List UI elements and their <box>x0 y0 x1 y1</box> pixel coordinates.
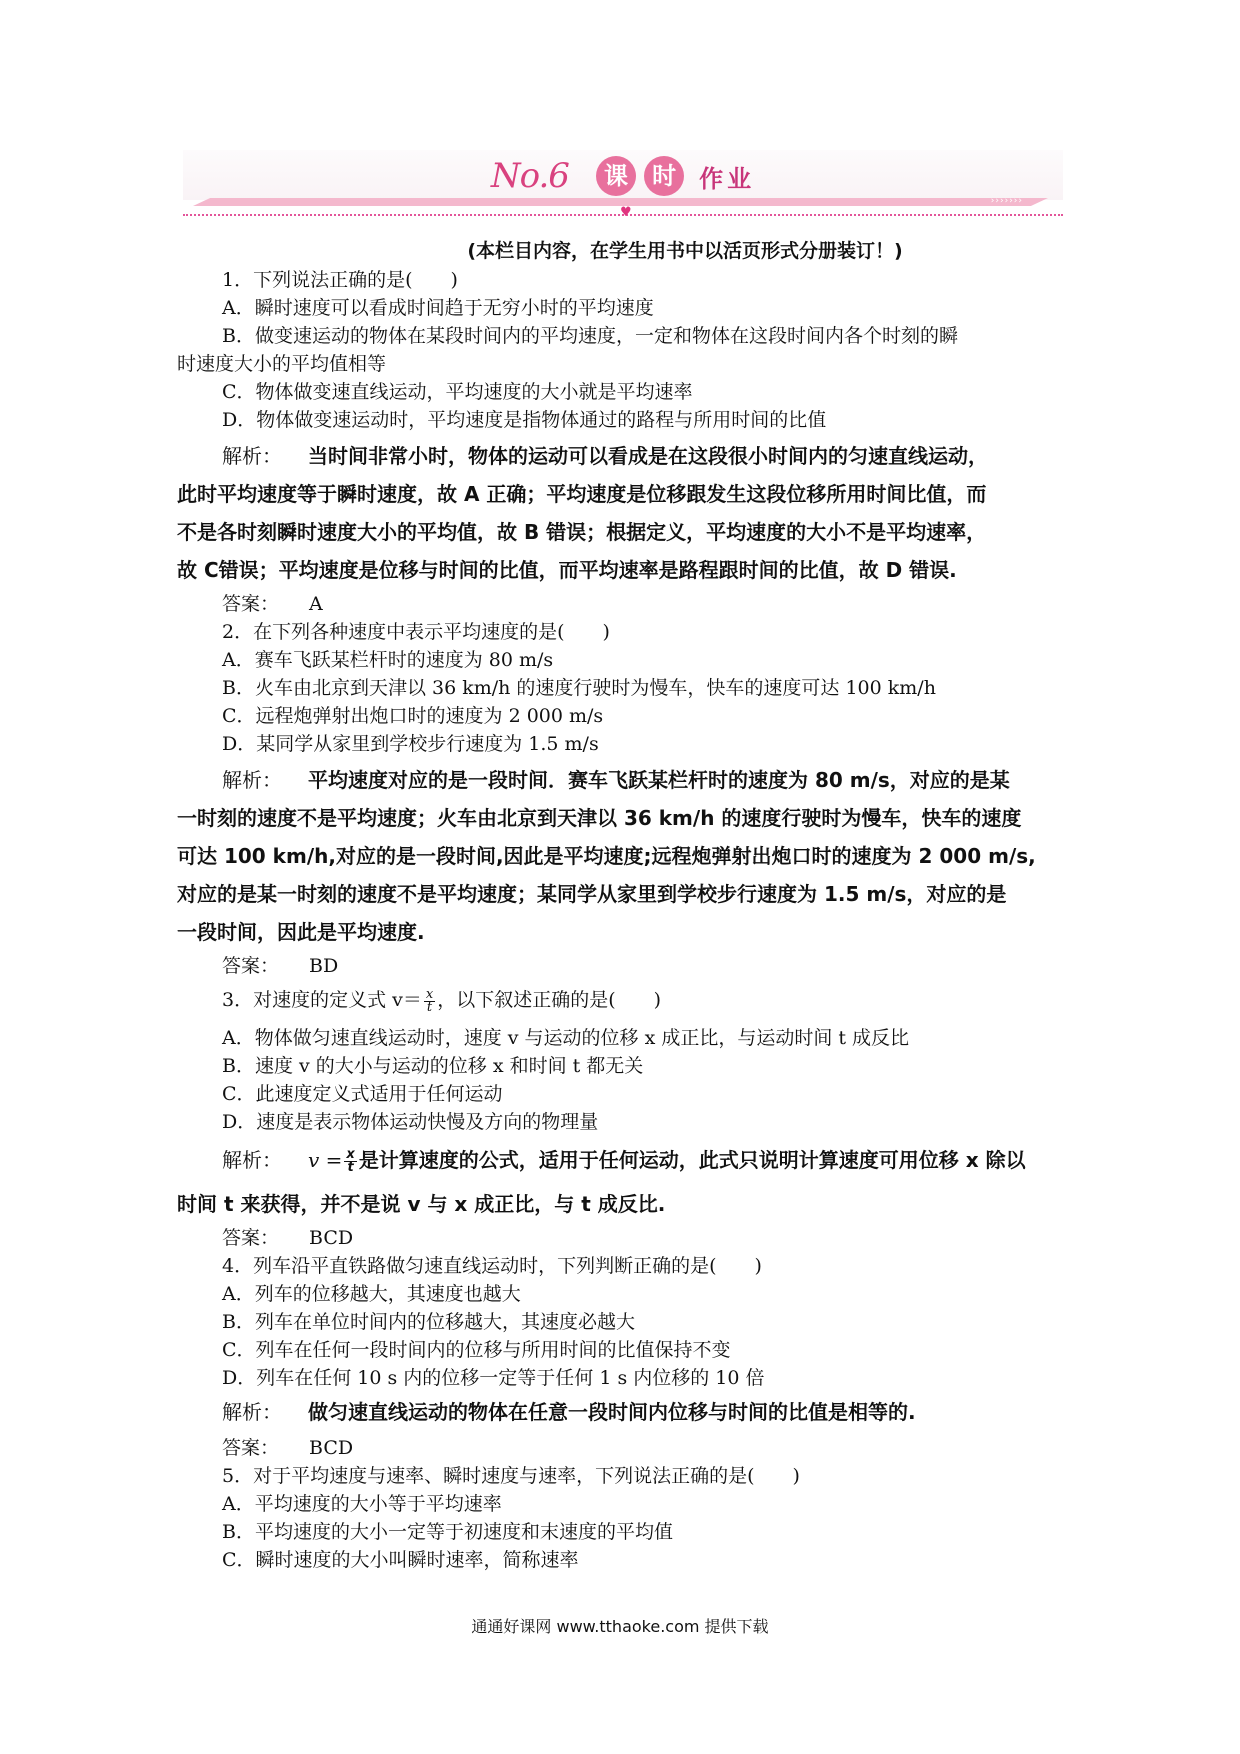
explanation-label: 解析： <box>222 444 282 468</box>
q1-option-b: B．做变速运动的物体在某段时间内的平均速度，一定和物体在这段时间内各个时刻的瞬 <box>222 324 958 348</box>
q5-option-c: C．瞬时速度的大小叫瞬时速率，简称速率 <box>222 1548 579 1572</box>
q1-explanation-1: 解析：当时间非常小时，物体的运动可以看成是在这段很小时间内的匀速直线运动， <box>222 444 988 468</box>
lesson-number: No.6 <box>491 156 569 196</box>
q4-option-a: A．列车的位移越大，其速度也越大 <box>222 1282 521 1306</box>
q1-option-b-cont: 时速度大小的平均值相等 <box>177 352 386 376</box>
heart-icon: ♥ <box>620 206 632 219</box>
q3-option-d: D．速度是表示物体运动快慢及方向的物理量 <box>222 1110 598 1134</box>
q3-option-a: A．物体做匀速直线运动时，速度 v 与运动的位移 x 成正比，与运动时间 t 成… <box>222 1026 909 1050</box>
q4-answer: 答案：BCD <box>222 1436 353 1460</box>
q2-option-c: C．远程炮弹射出炮口时的速度为 2 000 m/s <box>222 704 603 728</box>
q2-option-a: A．赛车飞跃某栏杆时的速度为 80 m/s <box>222 648 553 672</box>
q1-option-c: C．物体做变速直线运动，平均速度的大小就是平均速率 <box>222 380 693 404</box>
q4-explanation: 解析：做匀速直线运动的物体在任意一段时间内位移与时间的比值是相等的. <box>222 1400 916 1424</box>
q2-explanation-1: 解析：平均速度对应的是一段时间．赛车飞跃某栏杆时的速度为 80 m/s，对应的是… <box>222 768 1010 792</box>
q3-explanation-1: 解析：v =xt是计算速度的公式，适用于任何运动，此式只说明计算速度可用位移 x… <box>222 1148 1026 1174</box>
q2-explanation-5: 一段时间，因此是平均速度. <box>177 920 425 944</box>
question-1-stem: 1．下列说法正确的是( ) <box>222 268 458 292</box>
q2-option-d: D．某同学从家里到学校步行速度为 1.5 m/s <box>222 732 599 756</box>
circle-char-ke: 课 <box>596 156 636 196</box>
question-4-stem: 4．列车沿平直铁路做匀速直线运动时，下列判断正确的是( ) <box>222 1254 762 1278</box>
q5-option-b: B．平均速度的大小一定等于初速度和末速度的平均值 <box>222 1520 673 1544</box>
q1-explanation-4: 故 C错误；平均速度是位移与时间的比值，而平均速率是路程跟时间的比值，故 D 错… <box>177 558 957 582</box>
q1-option-d: D．物体做变速运动时，平均速度是指物体通过的路程与所用时间的比值 <box>222 408 826 432</box>
q1-explanation-3: 不是各时刻瞬时速度大小的平均值，故 B 错误；根据定义，平均速度的大小不是平均速… <box>177 520 986 544</box>
question-2-stem: 2．在下列各种速度中表示平均速度的是( ) <box>222 620 610 644</box>
q2-explanation-2: 一时刻的速度不是平均速度；火车由北京到天津以 36 km/h 的速度行驶时为慢车… <box>177 806 1021 830</box>
document-page: ››››››› ♥ No.6 课 时 作业 (本栏目内容，在学生用书中以活页形式… <box>0 0 1240 1754</box>
q2-option-b: B．火车由北京到天津以 36 km/h 的速度行驶时为慢车，快车的速度可达 10… <box>222 676 936 700</box>
q3-explanation-2: 时间 t 来获得，并不是说 v 与 x 成正比，与 t 成反比. <box>177 1192 665 1216</box>
q2-answer: 答案：BD <box>222 954 338 978</box>
q2-explanation-4: 对应的是某一时刻的速度不是平均速度；某同学从家里到学校步行速度为 1.5 m/s… <box>177 882 1006 906</box>
q1-option-a: A．瞬时速度可以看成时间趋于无穷小时的平均速度 <box>222 296 654 320</box>
title-suffix: 作业 <box>699 165 755 193</box>
banner-title: No.6 课 时 作业 <box>183 156 1063 196</box>
q2-explanation-3: 可达 100 km/h,对应的是一段时间,因此是平均速度;远程炮弹射出炮口时的速… <box>177 844 1036 868</box>
q4-option-d: D．列车在任何 10 s 内的位移一定等于任何 1 s 内位移的 10 倍 <box>222 1366 765 1390</box>
q3-option-b: B．速度 v 的大小与运动的位移 x 和时间 t 都无关 <box>222 1054 643 1078</box>
question-3-stem: 3．对速度的定义式 v＝xt，以下叙述正确的是( ) <box>222 988 661 1014</box>
question-5-stem: 5．对于平均速度与速率、瞬时速度与速率，下列说法正确的是( ) <box>222 1464 800 1488</box>
q3-answer: 答案：BCD <box>222 1226 353 1250</box>
lesson-banner: ››››››› ♥ No.6 课 时 作业 <box>183 150 1063 212</box>
velocity-fraction: xt <box>424 989 435 1014</box>
q4-option-b: B．列车在单位时间内的位移越大，其速度必越大 <box>222 1310 635 1334</box>
q1-answer: 答案：A <box>222 592 323 616</box>
q5-option-a: A．平均速度的大小等于平均速率 <box>222 1492 502 1516</box>
q1-explanation-2: 此时平均速度等于瞬时速度，故 A 正确；平均速度是位移跟发生这段位移所用时间比值… <box>177 482 986 506</box>
circle-char-shi: 时 <box>644 156 684 196</box>
q3-option-c: C．此速度定义式适用于任何运动 <box>222 1082 503 1106</box>
velocity-fraction-explanation: xt <box>344 1149 356 1174</box>
binding-note: (本栏目内容，在学生用书中以活页形式分册装订！) <box>0 236 1240 263</box>
chevrons-decoration-icon: ››››››› <box>991 196 1023 206</box>
q4-option-c: C．列车在任何一段时间内的位移与所用时间的比值保持不变 <box>222 1338 731 1362</box>
page-footer: 通通好课网 www.tthaoke.com 提供下载 <box>0 1614 1240 1637</box>
